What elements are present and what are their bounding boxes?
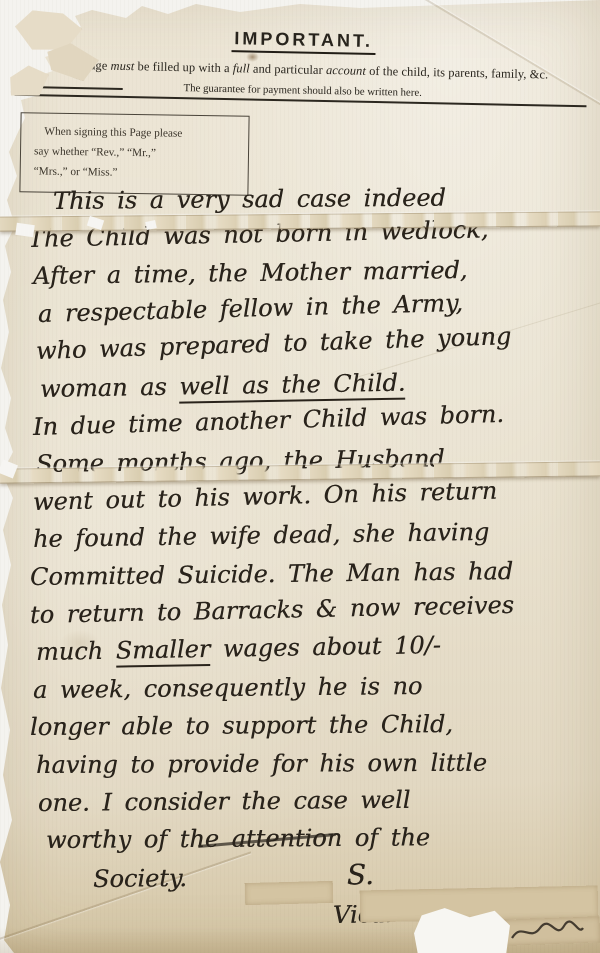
redaction-patch (245, 881, 334, 905)
printed-header: IMPORTANT. This page must be filled up w… (25, 24, 582, 108)
society-word: Society. (93, 864, 187, 893)
signature-initial: S. (347, 858, 374, 891)
signing-note-line: “Mrs.,” or “Miss.” (34, 162, 238, 185)
handwritten-line: much Smaller wages about 10/- (36, 625, 591, 672)
instruction-text: and particular (250, 62, 327, 78)
handwritten-line: having to provide for his own little (36, 745, 590, 785)
handwritten-line: longer able to support the Child, (30, 706, 590, 748)
instruction-emphasis: must (110, 59, 134, 73)
instruction-emphasis: full (233, 61, 250, 75)
handwritten-line: he found the wife dead, she having (33, 514, 591, 560)
scanned-document: IMPORTANT. This page must be filled up w… (0, 0, 600, 953)
illegible-scribble (508, 916, 586, 946)
instruction-text: of the child, its parents, family, &c. (366, 64, 549, 82)
torn-patch (414, 908, 510, 953)
document-title: IMPORTANT. (231, 28, 376, 55)
handwritten-line: worthy of the attention of the (46, 819, 590, 860)
instruction-line: This page must be filled up with a full … (25, 57, 581, 83)
handwritten-account: This is a very sad case indeed The Child… (28, 184, 590, 936)
signing-note-line: say whether “Rev.,” “Mr.,” (34, 142, 238, 165)
tear-gap (15, 223, 34, 237)
instruction-emphasis: account (326, 63, 366, 78)
instruction-text: be filled up with a (134, 59, 233, 75)
handwritten-line: a week, consequently he is no (33, 667, 590, 710)
handwritten-line: one. I consider the case well (38, 781, 590, 823)
